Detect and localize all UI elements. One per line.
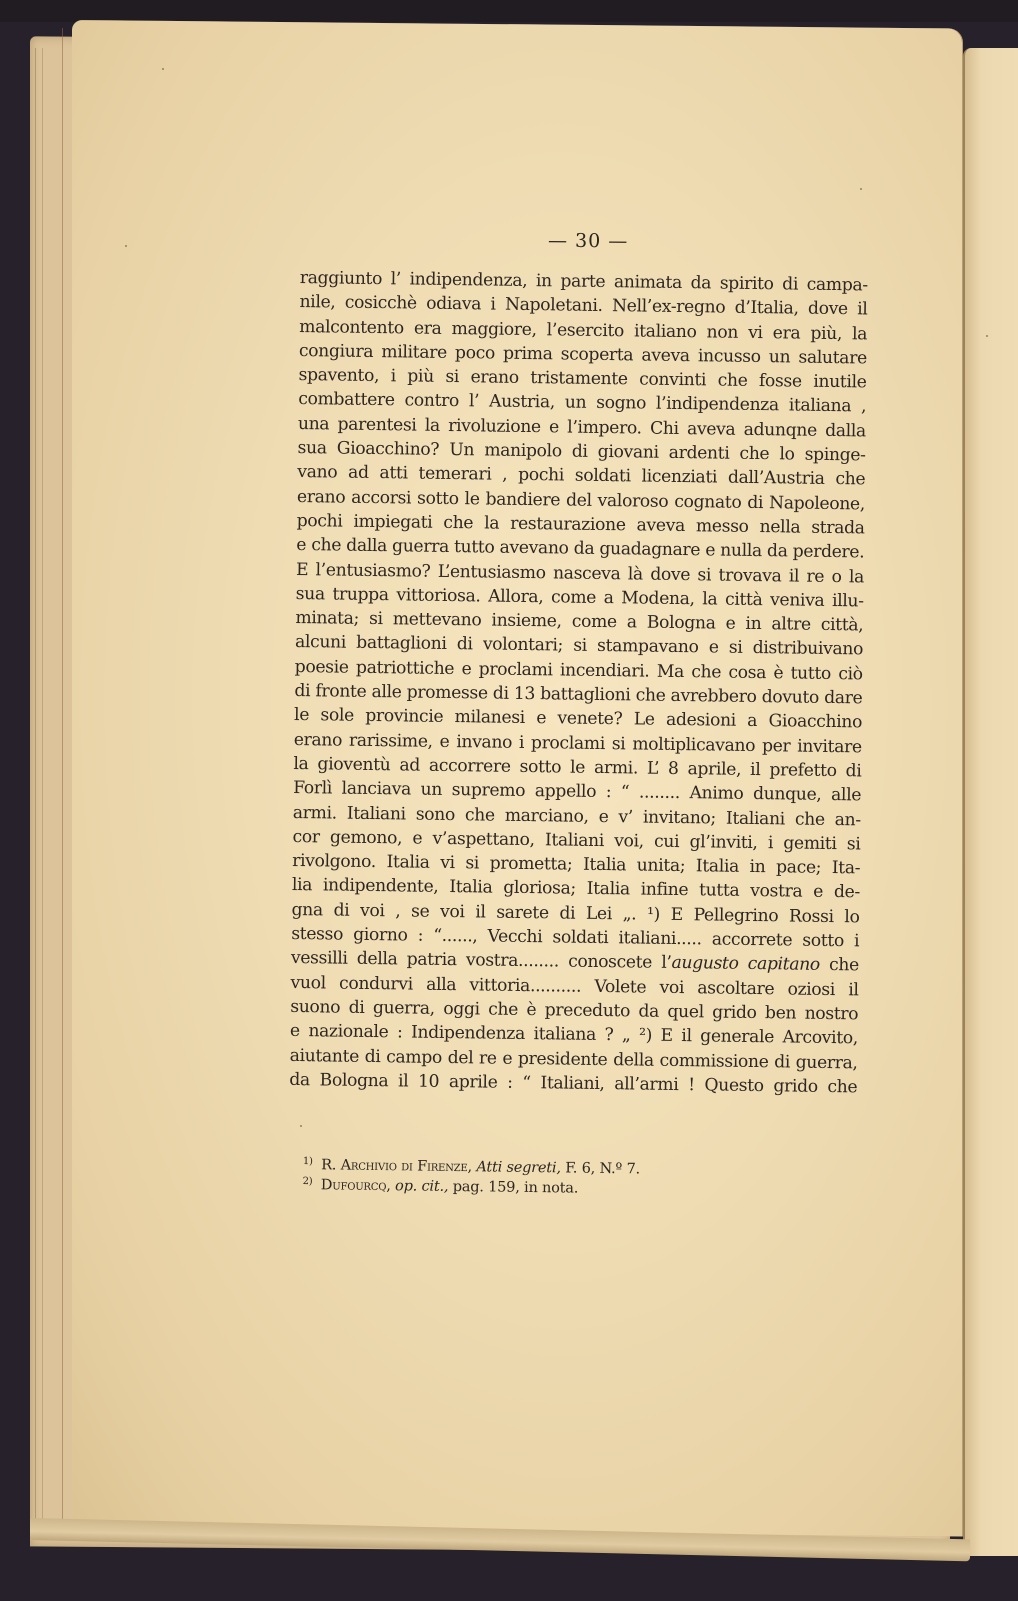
paper-speck (300, 1125, 302, 1127)
footnote-ref: pag. 159, in nota. (453, 1179, 579, 1197)
italic-phrase: augusto capitano (671, 953, 820, 975)
facing-page-edge (963, 48, 1018, 1556)
footnote-title: op. cit., (395, 1178, 448, 1195)
paper-speck (860, 188, 862, 190)
footnote-marker: 1) (303, 1156, 313, 1167)
footnote-source: Dufourcq, (321, 1177, 391, 1194)
paper-speck (162, 68, 164, 70)
text-segment: che (820, 955, 859, 976)
footnote-marker: 2) (303, 1176, 313, 1187)
scanned-book-scene: — 30 — raggiunto l’ indipendenza, in par… (0, 0, 1018, 1601)
footnotes: 1) R. Archivio di Firenze, Atti segreti,… (302, 1152, 772, 1198)
page-number: — 30 — (548, 230, 628, 253)
background-top (0, 0, 1018, 22)
body-text: raggiunto l’ indipendenza, in parte anim… (289, 266, 868, 1099)
paper-speck (125, 245, 127, 247)
paper-speck (986, 335, 988, 337)
text-segment: vessilli della patria vostra........ con… (291, 948, 672, 973)
page-edge-lines-outer (35, 48, 43, 1528)
